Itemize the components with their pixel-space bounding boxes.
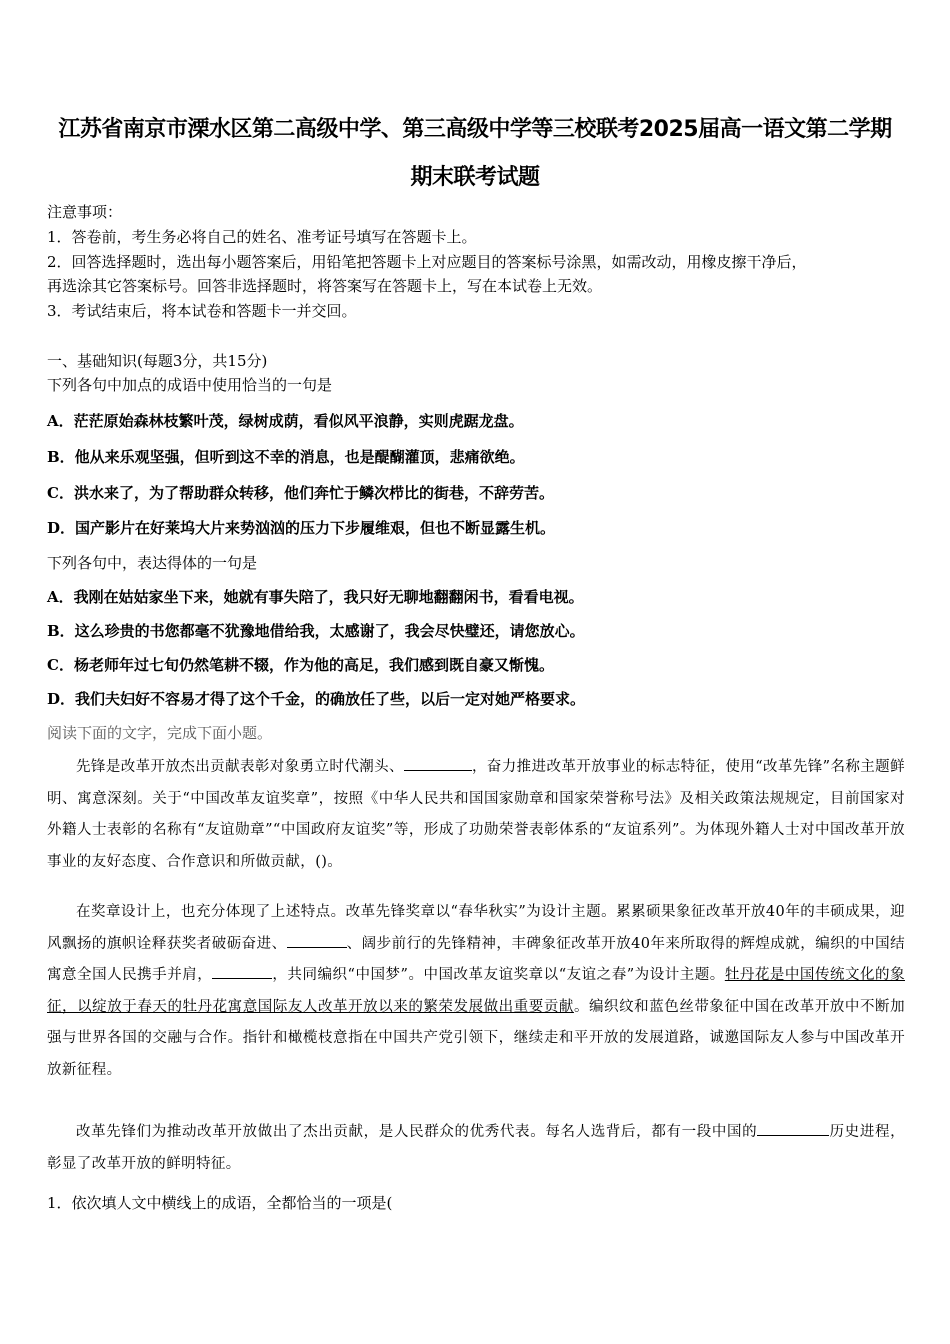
passage-paragraph-1: 先锋是改革开放杰出贡献表彰对象勇立时代潮头、，奋力推进改革开放事业的标志特征，使… [47,752,905,878]
exam-title-line-2: 期末联考试题 [0,160,950,191]
notice-heading: 注意事项： [47,202,122,222]
notice-item: 1．答卷前，考生务必将自己的姓名、准考证号填写在答题卡上。 [47,227,477,247]
passage-paragraph-2: 在奖章设计上，也充分体现了上述特点。改革先锋奖章以“春华秋实”为设计主题。累累硕… [47,897,905,1086]
fill-blank [287,933,347,948]
option-b: B．这么珍贵的书您都毫不犹豫地借给我，太感谢了，我会尽快璧还，请您放心。 [47,621,585,641]
option-a: A．我刚在姑姑家坐下来，她就有事失陪了，我只好无聊地翻翻闲书，看看电视。 [47,587,584,607]
fill-blank [212,964,272,979]
passage-paragraph-3: 改革先锋们为推动改革开放做出了杰出贡献，是人民群众的优秀代表。每名人选背后，都有… [47,1117,905,1180]
notice-item: 再选涂其它答案标号。回答非选择题时，将答案写在答题卡上，写在本试卷上无效。 [47,276,602,296]
fill-blank [757,1121,829,1136]
option-b: B．他从来乐观坚强，但听到这不幸的消息，也是醍醐灌顶，悲痛欲绝。 [47,447,525,467]
option-d: D．我们夫妇好不容易才得了这个千金，的确放任了些，以后一定对她严格要求。 [47,689,585,709]
question-stem: 下列各句中加点的成语中使用恰当的一句是 [47,375,332,395]
question-stem: 下列各句中，表达得体的一句是 [47,553,257,573]
section-heading: 一、基础知识(每题3分，共15分) [47,351,267,371]
question-1: 1．依次填人文中横线上的成语，全都恰当的一项是( [47,1193,392,1213]
exam-title-line-1: 江苏省南京市溧水区第二高级中学、第三高级中学等三校联考2025届高一语文第二学期 [0,112,950,143]
notice-item: 2．回答选择题时，选出每小题答案后，用铅笔把答题卡上对应题目的答案标号涂黑，如需… [47,252,807,272]
passage-text: ，奋力推进改革开放事业的标志特征，使用“改革先锋”名称主题鲜明、寓意深刻。关于“… [47,759,905,870]
option-c: C．杨老师年过七旬仍然笔耕不辍，作为他的高足，我们感到既自豪又惭愧。 [47,655,554,675]
fill-blank [404,756,472,771]
option-a: A．茫茫原始森林枝繁叶茂，绿树成荫，看似风平浪静，实则虎踞龙盘。 [47,411,524,431]
exam-page: 江苏省南京市溧水区第二高级中学、第三高级中学等三校联考2025届高一语文第二学期… [0,0,950,1344]
reading-instruction: 阅读下面的文字，完成下面小题。 [47,723,272,743]
passage-text: ，共同编织“中国梦”。中国改革友谊奖章以“友谊之春”为设计主题。 [272,967,725,983]
option-d: D．国产影片在好莱坞大片来势汹汹的压力下步履维艰，但也不断显露生机。 [47,518,555,538]
passage-text: 改革先锋们为推动改革开放做出了杰出贡献，是人民群众的优秀代表。每名人选背后，都有… [76,1124,757,1140]
passage-text: 先锋是改革开放杰出贡献表彰对象勇立时代潮头、 [76,759,404,775]
option-c: C．洪水来了，为了帮助群众转移，他们奔忙于鳞次栉比的街巷，不辞劳苦。 [47,483,554,503]
notice-item: 3．考试结束后，将本试卷和答题卡一并交回。 [47,301,357,321]
